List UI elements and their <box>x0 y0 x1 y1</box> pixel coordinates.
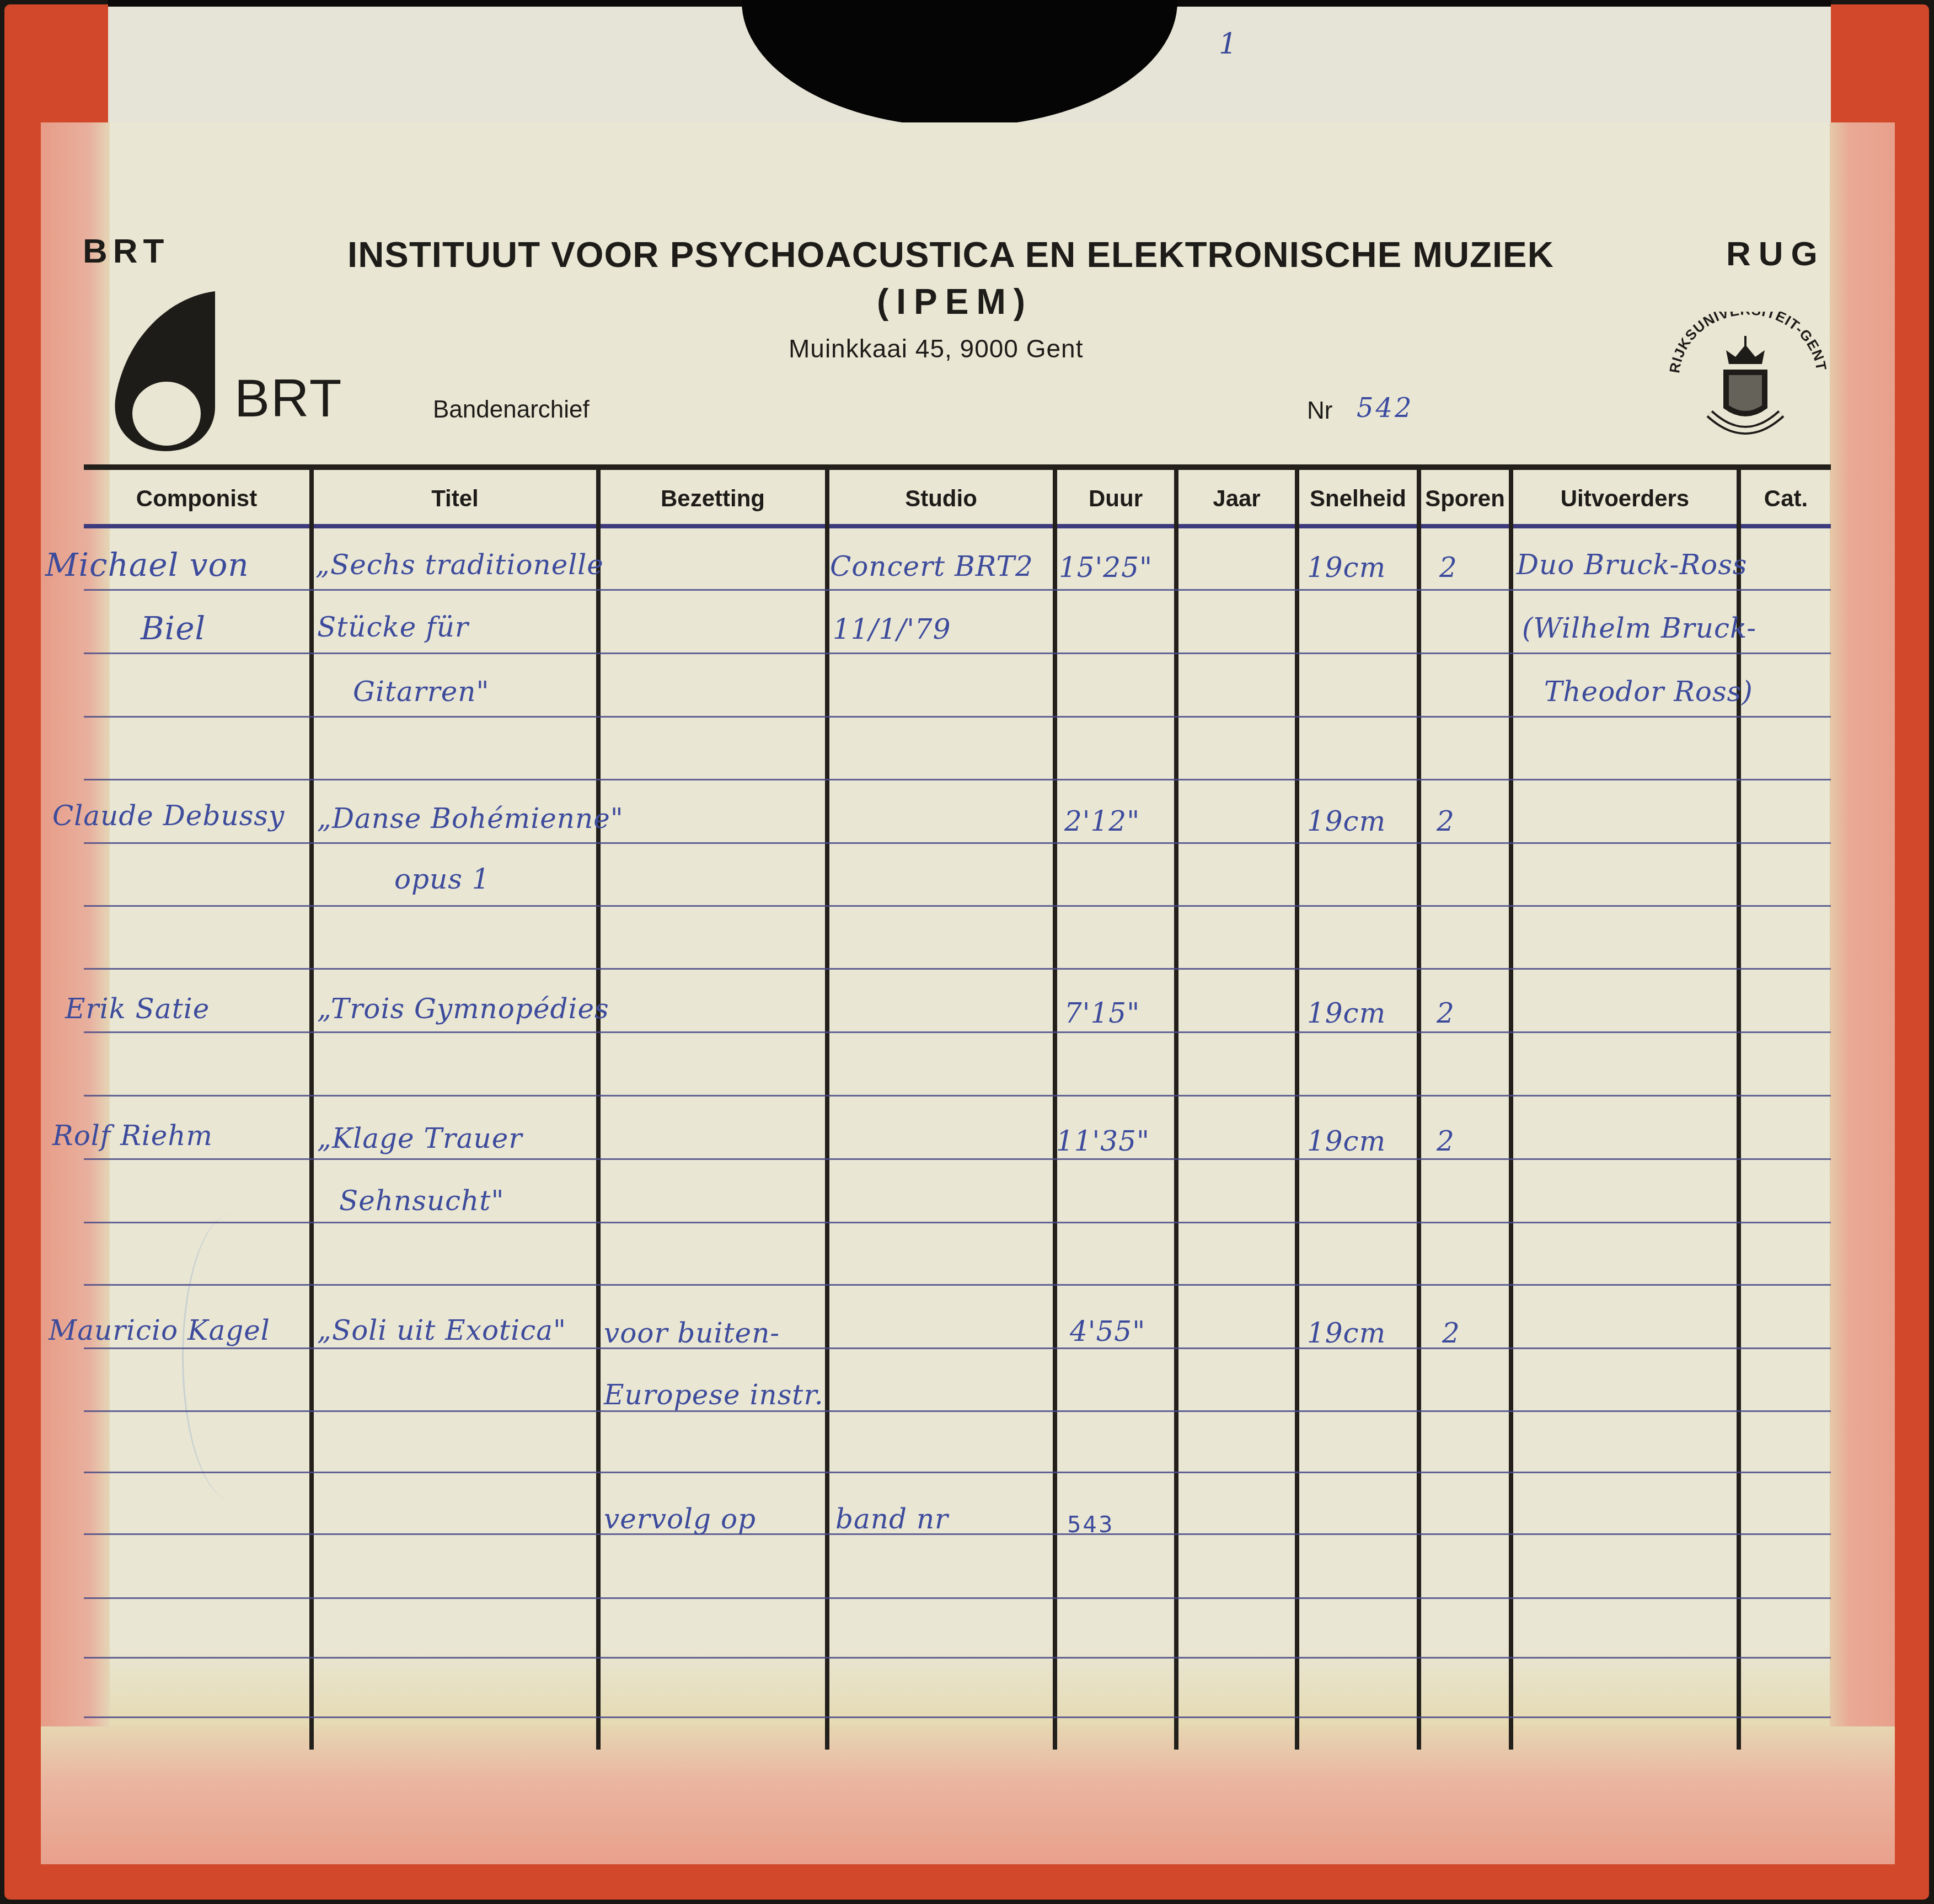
col-header-cat: Cat. <box>1741 485 1831 512</box>
column-divider <box>1417 470 1421 1750</box>
entry-4-titel-line2: Sehnsucht" <box>339 1185 504 1217</box>
column-divider <box>1295 470 1299 1750</box>
col-header-duur: Duur <box>1057 485 1174 512</box>
entry-1-uitvoerders-line3: Theodor Ross) <box>1544 676 1753 708</box>
entry-4-titel-line1: „Klage Trauer <box>317 1122 522 1154</box>
entry-5-duur: 4'55" <box>1070 1315 1145 1347</box>
col-header-studio: Studio <box>829 485 1053 512</box>
nr-value: 542 <box>1357 393 1414 424</box>
institute-abbr: (IPEM) <box>877 281 1033 322</box>
continuation-text-studio: band nr <box>835 1503 949 1535</box>
entry-2-titel-line1: „Danse Bohémienne" <box>317 803 624 835</box>
column-divider <box>1053 470 1057 1750</box>
entry-1-duur: 15'25" <box>1059 552 1153 584</box>
entry-1-uitvoerders-line1: Duo Bruck-Ross <box>1517 549 1748 581</box>
card-edge-left <box>41 122 110 1777</box>
entry-1-studio-line2: 11/1/'79 <box>833 613 951 645</box>
column-divider <box>1737 470 1741 1750</box>
brt-mark: BRT <box>83 232 169 271</box>
entry-3-snelheid: 19cm <box>1307 997 1386 1029</box>
row-line <box>84 779 1831 780</box>
entry-2-duur: 2'12" <box>1064 805 1140 837</box>
table-top-rule <box>84 464 1831 470</box>
row-line <box>84 653 1831 654</box>
rug-mark: RUG <box>1726 234 1825 274</box>
row-line <box>84 968 1831 970</box>
nr-label: Nr <box>1307 397 1332 425</box>
entry-5-sporen: 2 <box>1442 1317 1460 1349</box>
row-line <box>84 842 1831 844</box>
entry-3-titel: „Trois Gymnopédies <box>317 993 609 1025</box>
university-seal-icon: RIJKSUNIVERSITEIT-GENT <box>1657 312 1834 450</box>
row-line <box>84 1347 1831 1349</box>
continuation-band-number: 543 <box>1067 1512 1114 1538</box>
row-line <box>84 1533 1831 1535</box>
row-line <box>84 1597 1831 1599</box>
row-line <box>84 1472 1831 1473</box>
entry-2-componist: Claude Debussy <box>52 800 285 832</box>
institute-title: INSTITUUT VOOR PSYCHOACUSTICA EN ELEKTRO… <box>347 234 1554 275</box>
row-line <box>84 1158 1831 1160</box>
entry-4-sporen: 2 <box>1437 1125 1455 1157</box>
row-line <box>84 1657 1831 1659</box>
page-number-mark: 1 <box>1219 28 1237 61</box>
column-divider <box>309 470 314 1750</box>
entry-1-componist-line1: Michael von <box>45 546 249 584</box>
entry-3-componist: Erik Satie <box>65 993 210 1025</box>
row-line <box>84 1410 1831 1412</box>
entry-5-snelheid: 19cm <box>1307 1317 1386 1349</box>
row-line <box>84 1284 1831 1286</box>
institute-address: Muinkkaai 45, 9000 Gent <box>789 334 1083 363</box>
entry-1-titel-line2: Stücke für <box>317 611 469 643</box>
row-line <box>84 716 1831 718</box>
entry-5-componist: Mauricio Kagel <box>49 1314 270 1346</box>
row-line <box>84 589 1831 591</box>
column-divider <box>1509 470 1513 1750</box>
entry-5-titel: „Soli uit Exotica" <box>317 1314 566 1346</box>
col-header-titel: Titel <box>314 485 596 512</box>
entry-2-sporen: 2 <box>1437 805 1455 837</box>
entry-4-duur: 11'35" <box>1056 1125 1150 1157</box>
row-line <box>84 1222 1831 1223</box>
archive-label: Bandenarchief <box>433 396 590 424</box>
entry-1-studio-line1: Concert BRT2 <box>830 550 1033 582</box>
brt-logo-text: BRT <box>234 368 342 429</box>
entry-5-bezetting-line1: voor buiten- <box>604 1317 780 1349</box>
entry-3-sporen: 2 <box>1437 997 1455 1029</box>
row-line <box>84 1716 1831 1718</box>
row-line <box>84 905 1831 907</box>
card-edge-bottom <box>41 1726 1895 1864</box>
column-divider <box>825 470 829 1750</box>
entry-1-sporen: 2 <box>1439 552 1458 584</box>
col-header-componist: Componist <box>84 485 309 512</box>
table-header-rule <box>84 524 1831 528</box>
entry-1-titel-line1: „Sechs traditionelle <box>315 549 604 581</box>
col-header-jaar: Jaar <box>1178 485 1295 512</box>
col-header-snelheid: Snelheid <box>1299 485 1417 512</box>
brt-logo-icon <box>105 291 226 451</box>
entry-4-snelheid: 19cm <box>1307 1125 1386 1157</box>
entry-2-snelheid: 19cm <box>1307 805 1386 837</box>
svg-text:RIJKSUNIVERSITEIT-GENT: RIJKSUNIVERSITEIT-GENT <box>1666 312 1830 374</box>
col-header-bezetting: Bezetting <box>601 485 825 512</box>
entry-1-snelheid: 19cm <box>1307 552 1386 584</box>
column-divider <box>1174 470 1178 1750</box>
continuation-text-bezetting: vervolg op <box>604 1503 756 1535</box>
faint-pencil-mark <box>182 1213 283 1500</box>
col-header-uitvoerders: Uitvoerders <box>1513 485 1737 512</box>
row-line <box>84 1095 1831 1097</box>
col-header-sporen: Sporen <box>1421 485 1509 512</box>
entry-4-componist: Rolf Riehm <box>52 1120 213 1152</box>
entry-5-bezetting-line2: Europese instr. <box>604 1379 824 1411</box>
card-edge-right <box>1830 122 1895 1777</box>
entry-1-titel-line3: Gitarren" <box>353 676 489 708</box>
column-divider <box>596 470 601 1750</box>
entry-1-componist-line2: Biel <box>141 609 206 647</box>
entry-1-uitvoerders-line2: (Wilhelm Bruck- <box>1522 612 1756 644</box>
entry-3-duur: 7'15" <box>1064 997 1140 1029</box>
entry-2-titel-line2: opus 1 <box>394 863 490 895</box>
row-line <box>84 1031 1831 1033</box>
